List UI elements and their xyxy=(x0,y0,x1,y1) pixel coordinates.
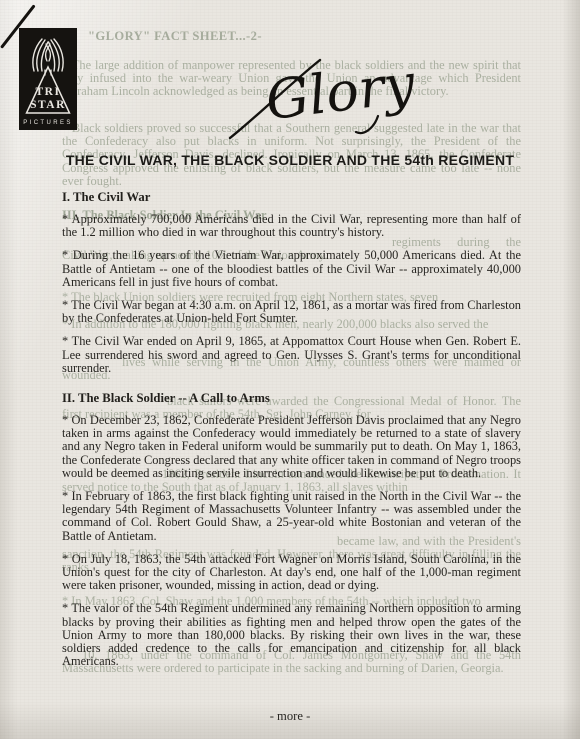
logo-text-star: STAR xyxy=(30,99,66,111)
fact-sheet-body: I. The Civil War * Approximately 700,000… xyxy=(62,190,521,678)
logo-text-tri: TRI xyxy=(36,86,61,98)
fact-paragraph: * The Civil War began at 4:30 a.m. on Ap… xyxy=(62,299,521,325)
glory-script-logo: Glory xyxy=(228,46,433,146)
fact-paragraph: * On July 18, 1863, the 54th attacked Fo… xyxy=(62,553,521,593)
fact-paragraph: * On December 23, 1862, Confederate Pres… xyxy=(62,414,521,480)
fact-paragraph: * The valor of the 54th Regiment undermi… xyxy=(62,602,521,668)
section-heading-black-soldier: II. The Black Soldier -- A Call to Arms xyxy=(62,391,521,405)
fact-sheet-page: "GLORY" FACT SHEET...-2- * The large add… xyxy=(0,0,580,739)
fact-paragraph: * Approximately 700,000 Americans died i… xyxy=(62,213,521,239)
fact-paragraph: * During the 16 years of the Vietnam War… xyxy=(62,249,521,289)
pegasus-icon: TRI STAR PICTURES xyxy=(19,28,77,130)
page-title: THE CIVIL WAR, THE BLACK SOLDIER AND THE… xyxy=(0,152,580,168)
more-indicator: - more - xyxy=(0,709,580,724)
glory-script-text: Glory xyxy=(262,51,419,132)
bleedthrough-header: "GLORY" FACT SHEET...-2- xyxy=(88,29,262,44)
tristar-pictures-logo: TRI STAR PICTURES xyxy=(19,28,77,130)
glory-script-icon: Glory xyxy=(228,46,433,146)
section-heading-civil-war: I. The Civil War xyxy=(62,190,521,204)
fact-paragraph: * The Civil War ended on April 9, 1865, … xyxy=(62,335,521,375)
fact-paragraph: * In February of 1863, the first black f… xyxy=(62,490,521,543)
logo-caption: PICTURES xyxy=(23,120,73,126)
